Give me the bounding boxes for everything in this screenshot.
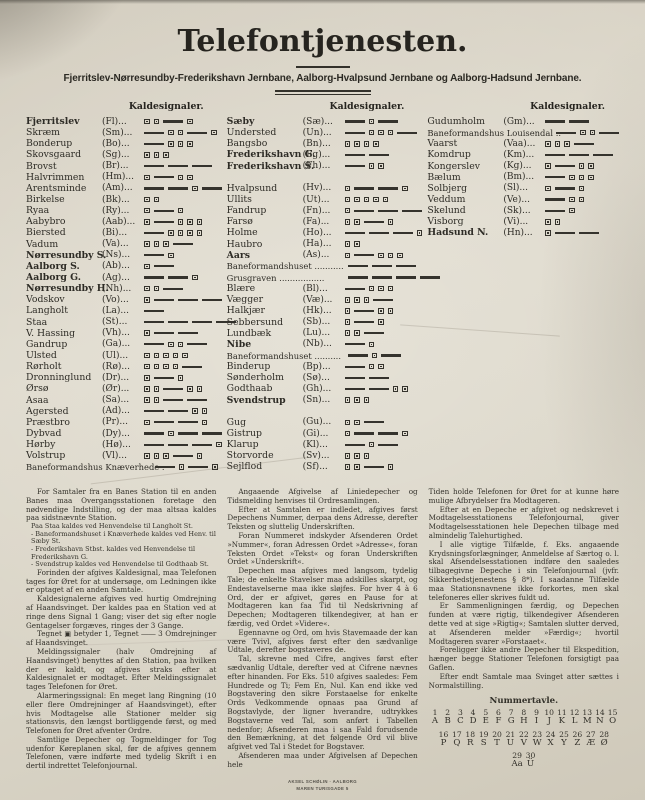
pair-letter: X <box>548 739 554 749</box>
number-letter-pair: 18R <box>464 730 477 749</box>
station-abbreviation: (Kl)... <box>303 440 345 450</box>
signal-dash-icon <box>345 288 365 290</box>
station-row: Præstbro(Pr)... <box>26 417 218 428</box>
instruction-paragraph: Foreligger ikke andre Depecher til Ekspe… <box>429 646 619 672</box>
station-call-signal <box>144 275 218 281</box>
signal-dash-icon <box>144 444 164 446</box>
station-call-signal <box>144 197 218 203</box>
station-call-signal <box>345 386 419 392</box>
instruction-paragraph: - Frederikshavn Stbst. kaldes ved Henven… <box>26 546 216 561</box>
signal-dash-icon <box>369 377 389 379</box>
signal-dash-icon <box>393 232 413 234</box>
signal-dot-icon <box>202 408 208 414</box>
signal-dash-icon <box>345 366 365 368</box>
signal-dash-icon <box>402 210 422 212</box>
station-name: Nørresundby H. <box>26 283 102 294</box>
signal-dot-icon <box>378 130 384 136</box>
station-name: Storvorde <box>227 450 303 461</box>
station-call-signal <box>144 353 218 359</box>
signal-dash-icon <box>378 120 398 122</box>
station-abbreviation: (Sk)... <box>503 206 545 216</box>
station-call-signal <box>545 175 619 181</box>
signal-dot-icon <box>192 186 198 192</box>
signal-column-west: Kaldesignaler. Fjerritslev(Fl)...Skræm(S… <box>26 101 218 475</box>
station-name: Frederikshavn S. <box>227 161 303 172</box>
station-name: Volstrup <box>26 450 102 461</box>
station-call-signal <box>144 442 222 448</box>
station-row: Vaarst(Vaa)... <box>427 138 619 149</box>
station-name: Ullits <box>227 194 303 205</box>
signal-dot-icon <box>178 230 184 236</box>
signal-dot-icon <box>144 119 150 125</box>
station-call-signal <box>345 453 419 459</box>
signal-dot-icon <box>154 386 160 392</box>
signal-dash-icon <box>144 432 164 434</box>
signal-dot-icon <box>369 163 375 169</box>
station-row: Solbjerg(Sl)... <box>427 183 619 194</box>
station-row: Brovst(Br)... <box>26 161 218 172</box>
station-row: Farsø(Fa)... <box>227 216 419 227</box>
station-row: Gistrup(Gi)... <box>227 428 419 439</box>
signal-dash-icon <box>144 310 164 312</box>
station-call-signal <box>545 230 619 236</box>
station-name: Præstbro <box>26 417 102 428</box>
station-call-signal <box>144 186 222 192</box>
signal-dot-icon <box>168 431 174 437</box>
instruction-paragraph: Samtlige Depecher og Togmeldinger for To… <box>26 736 216 771</box>
station-call-signal <box>545 141 619 147</box>
signal-dot-icon <box>173 353 179 359</box>
station-name: Gandrup <box>26 339 102 350</box>
station-row: Sebbersund(Sb)... <box>227 317 419 328</box>
pair-letter: J <box>547 717 550 727</box>
station-abbreviation: (Sa)... <box>102 395 144 405</box>
signal-dash-icon <box>556 132 576 134</box>
station-name: Solbjerg <box>427 183 503 194</box>
station-abbreviation: (Fl)... <box>102 117 144 127</box>
pair-letter: O <box>609 717 616 727</box>
station-call-signal <box>144 453 218 459</box>
signal-dot-icon <box>154 286 160 292</box>
station-name: Lundbæk <box>227 328 303 339</box>
station-row: Veddum(Ve)... <box>427 194 619 205</box>
signal-dot-icon <box>393 386 399 392</box>
signal-dot-icon <box>364 397 370 403</box>
station-name: Asaa <box>26 395 102 406</box>
station-name: Fjerritslev <box>26 116 102 127</box>
station-name: Skovsgaard <box>26 149 102 160</box>
signal-dash-icon <box>555 187 575 189</box>
instruction-paragraph: Foran Nummeret indskyder Afsenderen Orde… <box>227 532 417 567</box>
signal-dot-icon <box>369 130 375 136</box>
signal-dash-icon <box>345 388 365 390</box>
signal-dot-icon <box>163 241 169 247</box>
station-call-signal <box>345 141 419 147</box>
station-abbreviation: (Vaa)... <box>503 139 545 149</box>
signal-dot-icon <box>345 186 351 192</box>
station-call-signal <box>556 130 619 136</box>
station-abbreviation: (Vl)... <box>102 451 144 461</box>
signal-dot-icon <box>144 364 150 370</box>
station-call-signal <box>144 165 218 167</box>
station-row: Sønderholm(Sø)... <box>227 372 419 383</box>
number-letter-pair: 4D <box>467 708 480 727</box>
station-row: Birkelse(Bk)... <box>26 194 218 205</box>
station-abbreviation: (Ho)... <box>303 228 345 238</box>
station-row: Blære(Bl)... <box>227 283 419 294</box>
station-name: Sæby <box>227 116 303 127</box>
station-name: Nibe <box>227 339 303 350</box>
signal-dash-icon <box>545 120 565 122</box>
station-abbreviation: (Sb)... <box>303 317 345 327</box>
station-row: Baneformandshuset ........... <box>227 261 419 272</box>
station-call-signal <box>545 163 619 169</box>
station-abbreviation: (Sm)... <box>102 128 144 138</box>
station-row: Gudumholm(Gm)... <box>427 116 619 127</box>
signal-dot-icon <box>178 375 184 381</box>
station-row: Nørresundby H.(Nh)... <box>26 283 218 294</box>
signal-dash-icon <box>579 232 599 234</box>
station-abbreviation: (Sv)... <box>303 451 345 461</box>
station-name: Vaarst <box>427 138 503 149</box>
signal-dot-icon <box>179 464 185 470</box>
signal-dash-icon <box>574 143 594 145</box>
station-abbreviation: (Sn)... <box>303 395 345 405</box>
station-row: Storvorde(Sv)... <box>227 450 419 461</box>
station-call-signal <box>155 464 218 470</box>
station-abbreviation: (Bk)... <box>102 195 144 205</box>
number-letter-pair: 5E <box>479 708 492 727</box>
pair-letter: D <box>470 717 477 727</box>
station-call-signal <box>345 420 419 426</box>
station-row: Langholt(La)... <box>26 305 218 316</box>
station-name: Svendstrup <box>227 395 303 406</box>
station-abbreviation: (Pr)... <box>102 417 144 427</box>
signal-dash-icon <box>173 455 193 457</box>
station-call-signal <box>345 442 419 448</box>
station-name: Blære <box>227 283 303 294</box>
signal-dash-icon <box>373 299 393 301</box>
signal-dash-icon <box>364 421 384 423</box>
station-row: Holme(Ho)... <box>227 227 419 238</box>
signal-dot-icon <box>345 197 351 203</box>
signal-dot-icon <box>555 219 561 225</box>
signal-dot-icon <box>354 241 360 247</box>
signal-dot-icon <box>154 197 160 203</box>
number-letter-pair: 16P <box>437 730 450 749</box>
number-letter-pair: 25Y <box>557 730 570 749</box>
station-name: Skelund <box>427 205 503 216</box>
number-letter-pair: 26Z <box>571 730 584 749</box>
signal-dash-icon <box>364 332 384 334</box>
station-row: V. Hassing(Vh)... <box>26 328 218 339</box>
signal-dash-icon <box>378 432 398 434</box>
signal-dot-icon <box>144 175 150 181</box>
station-name: Fandrup <box>227 205 303 216</box>
station-name: Nørresundby S. <box>26 250 102 261</box>
signal-column-middle: Kaldesignaler. Sæby(Sæ)...Understed(Un).… <box>227 101 419 475</box>
station-row: Sejlflod(Sf)... <box>227 461 419 472</box>
signal-dash-icon <box>345 132 365 134</box>
station-row: Bonderup(Bo)... <box>26 138 218 149</box>
signal-dot-icon <box>345 219 351 225</box>
station-row: Hvalpsund(Hv)... <box>227 183 419 194</box>
pair-letter: C <box>457 717 464 727</box>
station-call-signal <box>144 431 222 437</box>
station-call-signal <box>345 431 419 437</box>
station-abbreviation: (Bo)... <box>102 139 144 149</box>
instruction-paragraph: Egennavne og Ord, om hvis Stavemaade der… <box>227 629 417 655</box>
signal-dot-icon <box>345 397 351 403</box>
number-letter-pair: 30Ü <box>524 751 537 770</box>
signal-column-east: Kaldesignaler. Gudumholm(Gm)...Baneforma… <box>427 101 619 475</box>
signal-dot-icon <box>182 353 188 359</box>
number-letter-pair: 27Æ <box>584 730 597 749</box>
signal-dot-icon <box>373 141 379 147</box>
station-row: Nibe(Nb)... <box>227 339 419 350</box>
signal-dash-icon <box>202 299 222 301</box>
signal-dash-icon <box>348 276 368 278</box>
station-name: Aabybro <box>26 216 102 227</box>
station-call-signal <box>545 208 619 214</box>
signal-dash-icon <box>168 187 188 189</box>
signal-dot-icon <box>564 141 570 147</box>
pair-letter: H <box>520 717 528 727</box>
signal-dash-icon <box>178 432 198 434</box>
instructions-column-1: For Samtaler fra en Banes Station til en… <box>26 488 216 773</box>
station-name: Godthaab <box>227 383 303 394</box>
instruction-paragraph: Efter at Samtalen er indledet, afgives f… <box>227 506 417 532</box>
station-call-signal <box>345 154 419 156</box>
station-row: Skelund(Sk)... <box>427 205 619 216</box>
station-name: Farsø <box>227 216 303 227</box>
station-abbreviation: (Ul)... <box>102 351 144 361</box>
column-header: Kaldesignaler. <box>330 101 409 112</box>
station-name: Sejlflod <box>227 461 303 472</box>
signal-dash-icon <box>154 265 174 267</box>
station-abbreviation: (Nb)... <box>303 339 345 349</box>
signal-dash-icon <box>354 310 374 312</box>
signal-dot-icon <box>569 175 575 181</box>
signal-dash-icon <box>569 120 589 122</box>
signal-dash-icon <box>144 343 164 345</box>
signal-dot-icon <box>364 141 370 147</box>
signal-dot-icon <box>197 453 203 459</box>
signal-dot-icon <box>178 208 184 214</box>
number-letter-pair: 12L <box>568 708 581 727</box>
signal-dash-icon <box>545 210 565 212</box>
station-name: Ryaa <box>26 205 102 216</box>
station-row: Frederikshavn G.(Fg)... <box>227 149 419 160</box>
signal-dash-icon <box>188 466 208 468</box>
signal-dash-icon <box>345 120 365 122</box>
station-row: Asaa(Sa)... <box>26 395 218 406</box>
station-abbreviation: (Hm)... <box>102 172 144 182</box>
signal-dash-icon <box>545 198 565 200</box>
station-call-signal <box>144 321 236 323</box>
station-call-signal <box>345 253 419 259</box>
station-call-signal <box>345 130 419 136</box>
signal-dot-icon <box>545 230 551 236</box>
signal-dash-icon <box>154 299 174 301</box>
instruction-paragraph: Depechen maa afgives med langsom, tydeli… <box>227 567 417 629</box>
station-call-signal <box>144 241 218 247</box>
instructions-column-2: Angaaende Afgivelse af Liniedepecher og … <box>227 488 417 773</box>
station-call-signal <box>144 175 218 181</box>
signal-dash-icon <box>372 265 392 267</box>
signal-dash-icon <box>154 221 174 223</box>
number-letter-pair: 6F <box>492 708 505 727</box>
number-letter-pair: 9I <box>530 708 543 727</box>
station-name: Bælum <box>427 172 503 183</box>
signal-dot-icon <box>397 253 403 259</box>
signal-dot-icon <box>388 219 394 225</box>
station-row: Frederikshavn S.(Fh)... <box>227 161 419 172</box>
station-row: Aabybro(Aab)... <box>26 216 218 227</box>
station-call-signal <box>144 408 218 414</box>
pair-letter: S <box>481 739 487 749</box>
station-name: Bangsbo <box>227 138 303 149</box>
station-call-signal <box>345 364 419 370</box>
pair-letter: R <box>467 739 473 749</box>
signal-dot-icon <box>579 175 585 181</box>
signal-dash-icon <box>378 187 398 189</box>
signal-dot-icon <box>187 230 193 236</box>
signal-dash-icon <box>168 321 188 323</box>
station-row: Dybvad(Dy)... <box>26 428 218 439</box>
station-abbreviation: (Ør)... <box>102 384 144 394</box>
call-signal-table: Kaldesignaler. Fjerritslev(Fl)...Skræm(S… <box>26 101 619 475</box>
station-call-signal <box>144 364 218 370</box>
station-abbreviation: (Ve)... <box>503 195 545 205</box>
station-name: Frederikshavn G. <box>227 149 303 160</box>
signal-dot-icon <box>369 342 375 348</box>
instruction-paragraph: Kaldesignalerne afgives ved hurtig Omdre… <box>26 595 216 630</box>
signal-dot-icon <box>168 141 174 147</box>
station-abbreviation: (Hn)... <box>503 228 545 238</box>
station-abbreviation: (Fn)... <box>303 206 345 216</box>
pair-letter: T <box>494 739 500 749</box>
subtitle-divider <box>275 90 371 95</box>
signal-dot-icon <box>590 130 596 136</box>
station-abbreviation: (Sæ)... <box>303 117 345 127</box>
station-name: Aalborg G. <box>26 272 102 283</box>
signal-dash-icon <box>187 343 207 345</box>
station-row: Visborg(Vi)... <box>427 216 619 227</box>
station-row: Baneformandshuset .......... <box>227 350 419 361</box>
signal-dot-icon <box>417 230 423 236</box>
station-name: Understed <box>227 127 303 138</box>
number-table-row: 1A2B3C4D5E6F7G8H9I10J11K12L13M14N15O <box>429 708 619 727</box>
signal-dash-icon <box>555 232 575 234</box>
signal-dot-icon <box>354 141 360 147</box>
signal-dot-icon <box>144 152 150 158</box>
signal-dash-icon <box>163 120 183 122</box>
signal-dot-icon <box>168 230 174 236</box>
station-call-signal <box>345 197 419 203</box>
station-abbreviation: (Bp)... <box>303 362 345 372</box>
station-call-signal <box>144 264 218 270</box>
station-name: Veddum <box>427 194 503 205</box>
signal-dash-icon <box>173 243 193 245</box>
signal-row-gap <box>227 406 419 417</box>
station-name: Arentsminde <box>26 183 102 194</box>
signal-dash-icon <box>154 210 174 212</box>
signal-dash-icon <box>154 332 174 334</box>
station-name: Halkjær <box>227 305 303 316</box>
signal-dot-icon <box>144 330 150 336</box>
station-abbreviation: (Un)... <box>303 128 345 138</box>
station-call-signal <box>144 152 218 158</box>
signal-dot-icon <box>388 464 394 470</box>
signal-dot-icon <box>154 453 160 459</box>
signal-dot-icon <box>369 119 375 125</box>
pair-letter: E <box>483 717 489 727</box>
signal-dot-icon <box>345 141 351 147</box>
signal-dash-icon <box>144 276 164 278</box>
station-row: Skovsgaard(Sg)... <box>26 149 218 160</box>
station-name: Holme <box>227 227 303 238</box>
signal-row-gap <box>227 172 419 183</box>
instructions: For Samtaler fra en Banes Station til en… <box>26 488 619 773</box>
signal-dot-icon <box>402 186 408 192</box>
station-abbreviation: (Dr)... <box>102 373 144 383</box>
station-call-signal <box>345 219 419 225</box>
station-call-signal <box>345 230 423 236</box>
station-name: Grusgraven ................. <box>227 273 344 283</box>
station-name: Agersted <box>26 406 102 417</box>
signal-dot-icon <box>168 130 174 136</box>
station-row: Haubro(Ha)... <box>227 239 419 250</box>
signal-dash-icon <box>144 165 164 167</box>
station-name: Ulsted <box>26 350 102 361</box>
signal-dash-icon <box>345 154 365 156</box>
station-abbreviation: (Ry)... <box>102 206 144 216</box>
signal-dot-icon <box>144 264 150 270</box>
station-call-signal <box>348 353 402 359</box>
signal-dot-icon <box>388 130 394 136</box>
station-call-signal <box>345 286 419 292</box>
station-name: Baneformandshus Knæverhede . <box>26 462 151 472</box>
signal-dot-icon <box>369 364 375 370</box>
signal-dot-icon <box>202 420 208 426</box>
pair-letter: G <box>508 717 515 727</box>
signal-dot-icon <box>178 141 184 147</box>
signal-dash-icon <box>599 132 619 134</box>
signal-dash-icon <box>555 165 575 167</box>
station-call-signal <box>345 397 419 403</box>
station-call-signal <box>144 219 218 225</box>
station-call-signal <box>545 154 619 156</box>
signal-dash-icon <box>345 232 365 234</box>
signal-dot-icon <box>555 141 561 147</box>
instruction-paragraph: For Samtaler fra en Banes Station til en… <box>26 488 216 523</box>
station-call-signal <box>348 265 416 267</box>
page-title: Telefontjenesten. <box>26 24 619 59</box>
signal-dot-icon <box>197 219 203 225</box>
station-name: Sønderholm <box>227 372 303 383</box>
number-table: Nummertavle. 1A2B3C4D5E6F7G8H9I10J11K12L… <box>429 697 619 769</box>
station-row: Ryaa(Ry)... <box>26 205 218 216</box>
station-abbreviation: (Væ)... <box>303 295 345 305</box>
signal-dash-icon <box>372 276 392 278</box>
signal-dot-icon <box>569 208 575 214</box>
station-abbreviation: (Hø)... <box>102 440 144 450</box>
column-header: Kaldesignaler. <box>530 101 609 112</box>
station-call-signal <box>144 130 218 136</box>
station-call-signal <box>144 208 218 214</box>
number-letter-pair: 29Aa <box>510 751 523 770</box>
